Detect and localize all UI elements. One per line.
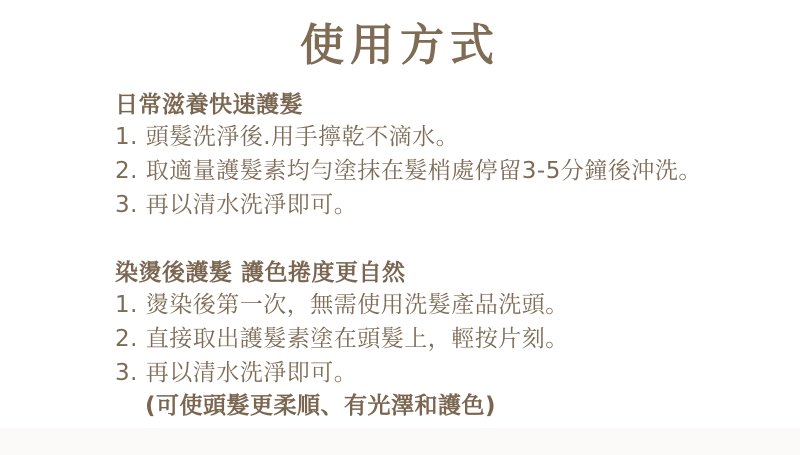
section-note: (可使頭髮更柔順、有光澤和護色) [115,390,569,422]
step-item: 1. 燙染後第一次，無需使用洗髮產品洗頭。 [115,288,569,322]
step-item: 2. 取適量護髮素均勻塗抹在髮梢處停留3-5分鐘後沖洗。 [115,154,702,188]
section-after-dye-perm-care: 染燙後護髮 護色捲度更自然 1. 燙染後第一次，無需使用洗髮產品洗頭。 2. 直… [115,258,569,422]
section-heading: 染燙後護髮 護色捲度更自然 [115,258,569,288]
step-item: 1. 頭髮洗淨後.用手擰乾不滴水。 [115,120,702,154]
step-item: 3. 再以清水洗淨即可。 [115,188,702,222]
page-title: 使用方式 [0,16,800,76]
bottom-band [0,428,800,455]
step-item: 2. 直接取出護髮素塗在頭髮上，輕按片刻。 [115,322,569,356]
step-item: 3. 再以清水洗淨即可。 [115,356,569,390]
section-heading: 日常滋養快速護髮 [115,90,702,120]
section-daily-care: 日常滋養快速護髮 1. 頭髮洗淨後.用手擰乾不滴水。 2. 取適量護髮素均勻塗抹… [115,90,702,222]
